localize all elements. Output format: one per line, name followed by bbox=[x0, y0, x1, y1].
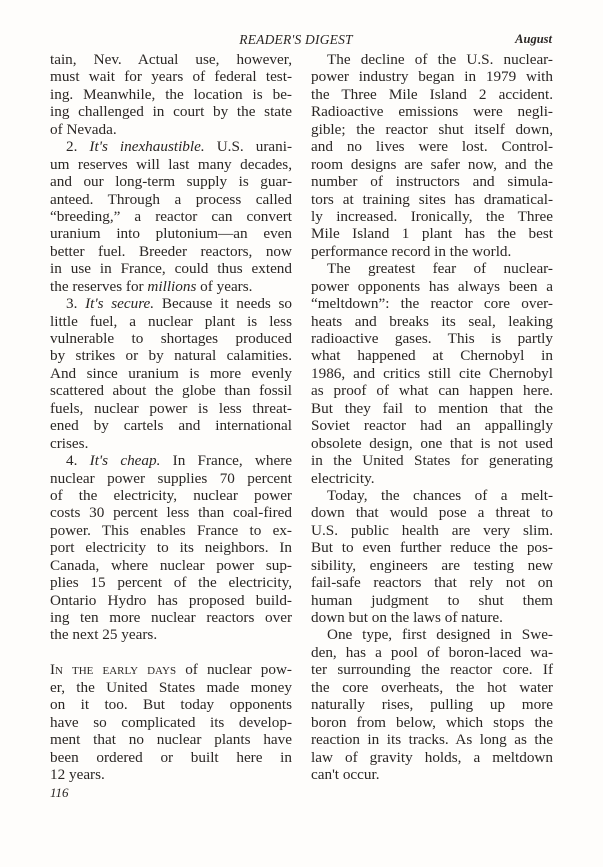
text-line: fail-safe reactors that rely not on bbox=[311, 574, 553, 591]
text-line: been ordered or built here in bbox=[50, 749, 292, 766]
text-line: better fuel. Breeder reactors, now bbox=[50, 243, 292, 260]
magazine-page: READER'S DIGEST August tain, Nev. Actual… bbox=[0, 0, 603, 867]
section-paragraph: In the early days of nuclear pow- er, th… bbox=[50, 661, 292, 783]
text-line: But to even further reduce the pos- bbox=[311, 539, 553, 556]
text-line: In the early days of nuclear pow- bbox=[50, 661, 292, 678]
point-heading: It's secure. bbox=[85, 295, 154, 312]
text-line: Today, the chances of a melt- bbox=[311, 487, 553, 504]
text-line: scattered about the globe than fossil bbox=[50, 382, 292, 399]
text-line: 12 years. bbox=[50, 766, 292, 783]
point-2-paragraph: 2. It's inexhaustible. U.S. urani- um re… bbox=[50, 138, 292, 295]
issue-month: August bbox=[515, 32, 552, 47]
text-fragment: the reserves for bbox=[50, 278, 147, 295]
text-fragment: of nuclear pow- bbox=[176, 661, 292, 678]
point-heading: It's cheap. bbox=[90, 452, 161, 469]
emphasis-text: millions bbox=[147, 278, 196, 295]
text-line: sibility, engineers are testing new bbox=[311, 557, 553, 574]
text-line: boron from below, which stops the bbox=[311, 714, 553, 731]
text-line: “meltdown”: the reactor core over- bbox=[311, 295, 553, 312]
text-line: Ontario Hydro has proposed build- bbox=[50, 592, 292, 609]
text-line: nuclear power supplies 70 percent bbox=[50, 470, 292, 487]
text-line: gible; the reactor shut itself down, bbox=[311, 121, 553, 138]
text-line: electricity. bbox=[311, 470, 553, 487]
paragraph-continuation: tain, Nev. Actual use, however, must wai… bbox=[50, 51, 292, 138]
text-line: as proof of what can happen here. bbox=[311, 382, 553, 399]
text-line: heats and breaks its seal, leaking bbox=[311, 313, 553, 330]
small-caps-lead-in: In the early days bbox=[50, 662, 176, 678]
text-line: down that would pose a threat to bbox=[311, 504, 553, 521]
text-line: what happened at Chernobyl in bbox=[311, 347, 553, 364]
text-line: One type, first designed in Swe- bbox=[311, 626, 553, 643]
text-line: power opponents has always been a bbox=[311, 278, 553, 295]
text-fragment: Because it needs so bbox=[162, 295, 292, 312]
text-line: of the electricity, nuclear power bbox=[50, 487, 292, 504]
text-line: must wait for years of federal test- bbox=[50, 68, 292, 85]
paragraph-decline: The decline of the U.S. nuclear- power i… bbox=[311, 51, 553, 260]
text-line: ing ten more nuclear reactors over bbox=[50, 609, 292, 626]
text-line: The decline of the U.S. nuclear- bbox=[311, 51, 553, 68]
text-line: human judgment to shut them bbox=[311, 592, 553, 609]
point-4-paragraph: 4. It's cheap. In France, where nuclear … bbox=[50, 452, 292, 644]
text-line: number of instructors and simula- bbox=[311, 173, 553, 190]
running-header: READER'S DIGEST August bbox=[0, 32, 552, 50]
text-fragment: U.S. urani- bbox=[217, 138, 292, 155]
paragraph-today: Today, the chances of a melt- down that … bbox=[311, 487, 553, 627]
text-line: 3. It's secure. Because it needs so bbox=[50, 295, 292, 312]
text-line: um reserves will last many decades, bbox=[50, 156, 292, 173]
point-number: 4. bbox=[66, 452, 77, 469]
text-line: Soviet reactor had an appallingly bbox=[311, 417, 553, 434]
text-line: in the United States for generating bbox=[311, 452, 553, 469]
text-line: in use in France, could thus extend bbox=[50, 260, 292, 277]
text-line: obsolete design, one that is not used bbox=[311, 435, 553, 452]
text-line: crises. bbox=[50, 435, 292, 452]
text-line: den, has a pool of boron-laced wa- bbox=[311, 644, 553, 661]
text-line: naturally rises, pulling up more bbox=[311, 696, 553, 713]
text-line: “breeding,” a reactor can convert bbox=[50, 208, 292, 225]
point-number: 3. bbox=[66, 295, 77, 312]
text-line: 1986, and critics still cite Chernobyl bbox=[311, 365, 553, 382]
text-line: Radioactive emissions were negli- bbox=[311, 103, 553, 120]
text-line: The greatest fear of nuclear- bbox=[311, 260, 553, 277]
text-line: the next 25 years. bbox=[50, 626, 292, 643]
text-line: the reserves for millions of years. bbox=[50, 278, 292, 295]
text-line: uranium into plutonium—an even bbox=[50, 225, 292, 242]
page-number: 116 bbox=[50, 784, 292, 801]
text-line: And since uranium is more evenly bbox=[50, 365, 292, 382]
text-line: radioactive gases. This is partly bbox=[311, 330, 553, 347]
paragraph-sweden: One type, first designed in Swe- den, ha… bbox=[311, 626, 553, 783]
text-line: of Nevada. bbox=[50, 121, 292, 138]
text-line: tors at training sites has dramatical- bbox=[311, 191, 553, 208]
text-line: can't occur. bbox=[311, 766, 553, 783]
text-line: Mile Island 1 plant has the best bbox=[311, 225, 553, 242]
point-heading: It's inexhaustible. bbox=[89, 138, 204, 155]
text-line: ing challenged in court by the state bbox=[50, 103, 292, 120]
text-line: performance record in the world. bbox=[311, 243, 553, 260]
text-line: 4. It's cheap. In France, where bbox=[50, 452, 292, 469]
text-line: reaction in its tracks. As long as the bbox=[311, 731, 553, 748]
text-line: port electricity to its neighbors. In bbox=[50, 539, 292, 556]
text-line: little fuel, a nuclear plant is less bbox=[50, 313, 292, 330]
point-number: 2. bbox=[66, 138, 77, 155]
point-3-paragraph: 3. It's secure. Because it needs so litt… bbox=[50, 295, 292, 452]
text-line: law of gravity holds, a meltdown bbox=[311, 749, 553, 766]
left-column: tain, Nev. Actual use, however, must wai… bbox=[50, 51, 292, 802]
text-line: vulnerable to shortages produced bbox=[50, 330, 292, 347]
text-line: plies 15 percent of the electricity, bbox=[50, 574, 292, 591]
paragraph-meltdown: The greatest fear of nuclear- power oppo… bbox=[311, 260, 553, 487]
text-line: fuels, nuclear power is less threat- bbox=[50, 400, 292, 417]
text-line: tain, Nev. Actual use, however, bbox=[50, 51, 292, 68]
text-line: the Three Mile Island 2 accident. bbox=[311, 86, 553, 103]
text-line: ment that no nuclear plants have bbox=[50, 731, 292, 748]
text-fragment: of years. bbox=[196, 278, 252, 295]
text-line: But they fail to mention that the bbox=[311, 400, 553, 417]
text-line: U.S. public health are very slim. bbox=[311, 522, 553, 539]
text-line: have so complicated its develop- bbox=[50, 714, 292, 731]
text-line: Canada, where nuclear power sup- bbox=[50, 557, 292, 574]
text-line: ly increased. Ironically, the Three bbox=[311, 208, 553, 225]
text-line: anteed. Through a process called bbox=[50, 191, 292, 208]
right-column: The decline of the U.S. nuclear- power i… bbox=[311, 51, 553, 783]
text-line: er, the United States made money bbox=[50, 679, 292, 696]
text-line: 2. It's inexhaustible. U.S. urani- bbox=[50, 138, 292, 155]
section-break bbox=[50, 644, 292, 661]
text-fragment: In France, where bbox=[173, 452, 292, 469]
text-line: ened by cartels and international bbox=[50, 417, 292, 434]
text-line: power industry began in 1979 with bbox=[311, 68, 553, 85]
text-line: ter surrounding the reactor core. If bbox=[311, 661, 553, 678]
text-line: down but on the laws of nature. bbox=[311, 609, 553, 626]
text-line: the core overheats, the hot water bbox=[311, 679, 553, 696]
text-line: ing. Meanwhile, the location is be- bbox=[50, 86, 292, 103]
text-line: and no lives were lost. Control- bbox=[311, 138, 553, 155]
text-line: room designs are safer now, and the bbox=[311, 156, 553, 173]
text-line: costs 30 percent less than coal-fired bbox=[50, 504, 292, 521]
text-line: power. This enables France to ex- bbox=[50, 522, 292, 539]
text-line: on it too. But today opponents bbox=[50, 696, 292, 713]
text-line: and our long-term supply is guar- bbox=[50, 173, 292, 190]
text-line: by strikes or by natural calamities. bbox=[50, 347, 292, 364]
publication-title: READER'S DIGEST bbox=[0, 32, 552, 48]
